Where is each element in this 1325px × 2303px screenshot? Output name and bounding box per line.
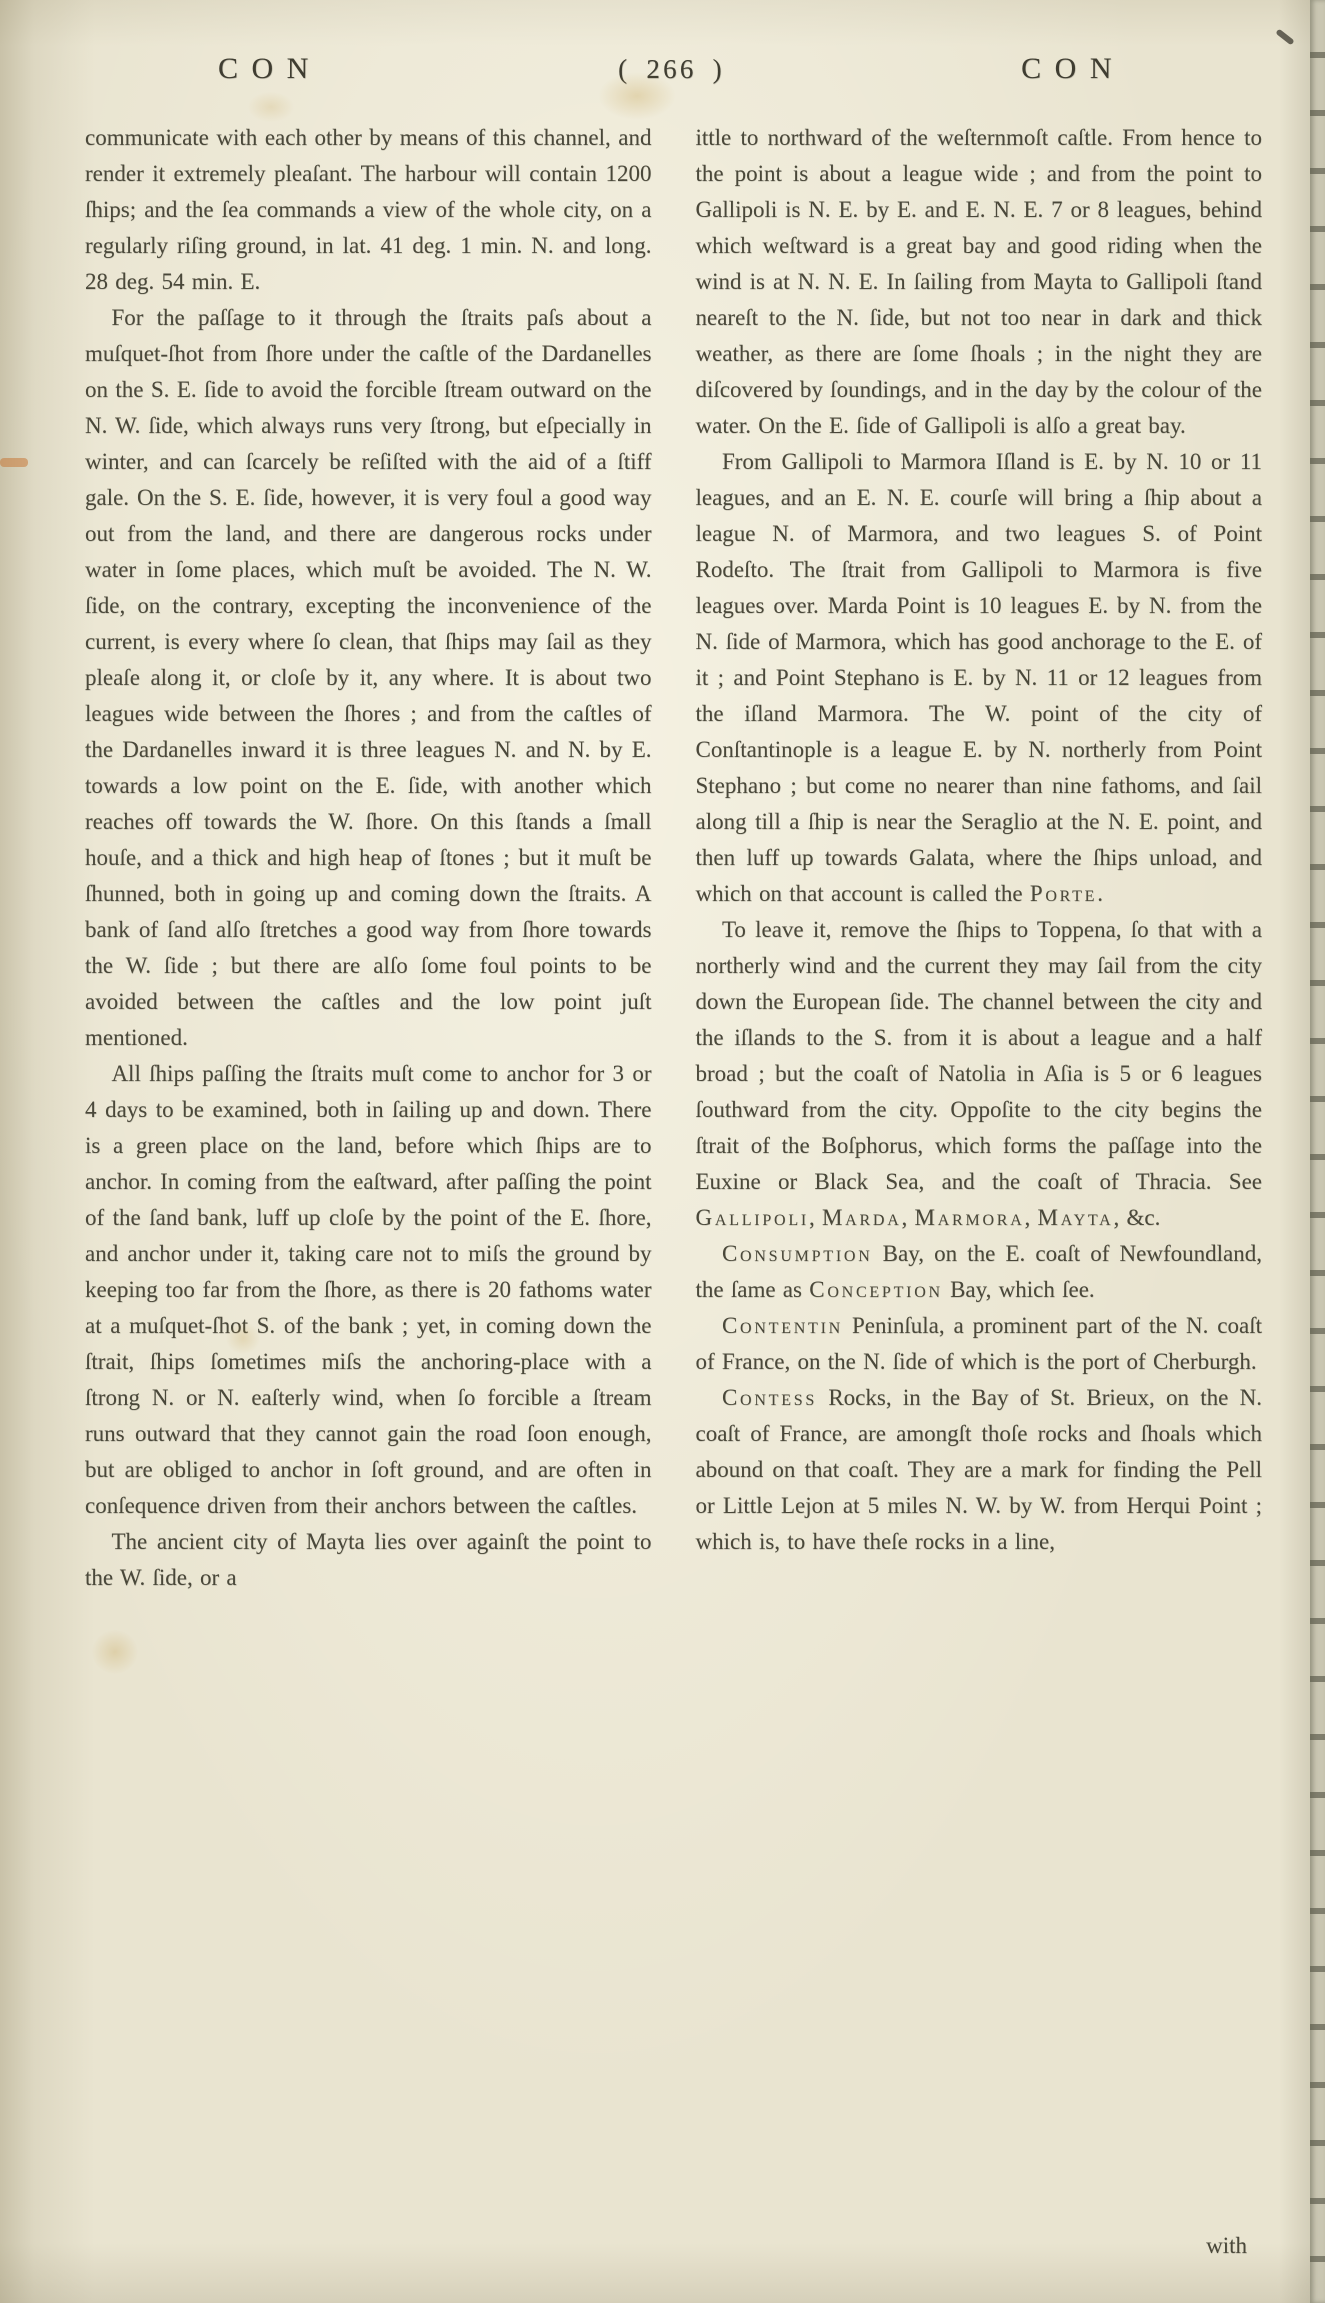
paragraph: ittle to northward of the weſternmoſt ca…	[696, 120, 1263, 444]
entry-headword: Porte	[1030, 881, 1097, 906]
entry-headword: Conception	[809, 1277, 943, 1302]
body-text: .	[1097, 881, 1103, 906]
body-text: Bay, which ſee.	[943, 1277, 1095, 1302]
body-text: communicate with each other by means of …	[85, 125, 652, 294]
paragraph: Consumption Bay, on the E. coaſt of Newf…	[696, 1236, 1263, 1308]
entry-headword: Marmora	[915, 1205, 1025, 1230]
paragraph: Contess Rocks, in the Bay of St. Brieux,…	[696, 1380, 1263, 1560]
running-header: CON (266) CON	[0, 0, 1325, 86]
body-text: ,	[1025, 1205, 1038, 1230]
page-edge	[1310, 0, 1325, 2303]
entry-headword: Contess	[722, 1385, 817, 1410]
paragraph: To leave it, remove the ſhips to Toppena…	[696, 912, 1263, 1236]
entry-headword: Mayta	[1038, 1205, 1114, 1230]
page-number-group: (266)	[618, 54, 725, 85]
entry-headword: Gallipoli	[696, 1205, 809, 1230]
entry-headword: Contentin	[722, 1313, 843, 1338]
body-text: All ſhips paſſing the ſtraits muſt come …	[85, 1061, 652, 1518]
paragraph: From Gallipoli to Marmora Iſland is E. b…	[696, 444, 1263, 912]
body-text: For the paſſage to it through the ſtrait…	[85, 305, 652, 1050]
running-title-left: CON	[218, 52, 322, 86]
entry-headword: Consumption	[722, 1241, 873, 1266]
body-text: From Gallipoli to Marmora Iſland is E. b…	[696, 449, 1263, 906]
text-columns: communicate with each other by means of …	[0, 86, 1325, 1596]
paper-stain	[92, 1630, 138, 1674]
left-column: communicate with each other by means of …	[85, 120, 652, 1596]
book-page: CON (266) CON communicate with each othe…	[0, 0, 1325, 2303]
paren-open-glyph: (	[618, 54, 630, 84]
paragraph: Contentin Peninſula, a prominent part of…	[696, 1308, 1263, 1380]
running-title-right: CON	[1021, 52, 1125, 86]
body-text: To leave it, remove the ſhips to Toppena…	[696, 917, 1263, 1194]
body-text: ittle to northward of the weſternmoſt ca…	[696, 125, 1263, 438]
page-number: 266	[646, 54, 696, 84]
entry-headword: Marda	[822, 1205, 902, 1230]
body-text: Rocks, in the Bay of St. Brieux, on the …	[696, 1385, 1263, 1554]
paren-close-glyph: )	[713, 54, 725, 84]
catchword: with	[1206, 2233, 1247, 2259]
body-text: The ancient city of Mayta lies over agai…	[85, 1529, 652, 1590]
paragraph: All ſhips paſſing the ſtraits muſt come …	[85, 1056, 652, 1524]
right-column: ittle to northward of the weſternmoſt ca…	[696, 120, 1263, 1596]
paragraph: communicate with each other by means of …	[85, 120, 652, 300]
body-text: , &c.	[1114, 1205, 1161, 1230]
body-text: ,	[902, 1205, 915, 1230]
body-text: ,	[809, 1205, 822, 1230]
paragraph: The ancient city of Mayta lies over agai…	[85, 1524, 652, 1596]
paragraph: For the paſſage to it through the ſtrait…	[85, 300, 652, 1056]
